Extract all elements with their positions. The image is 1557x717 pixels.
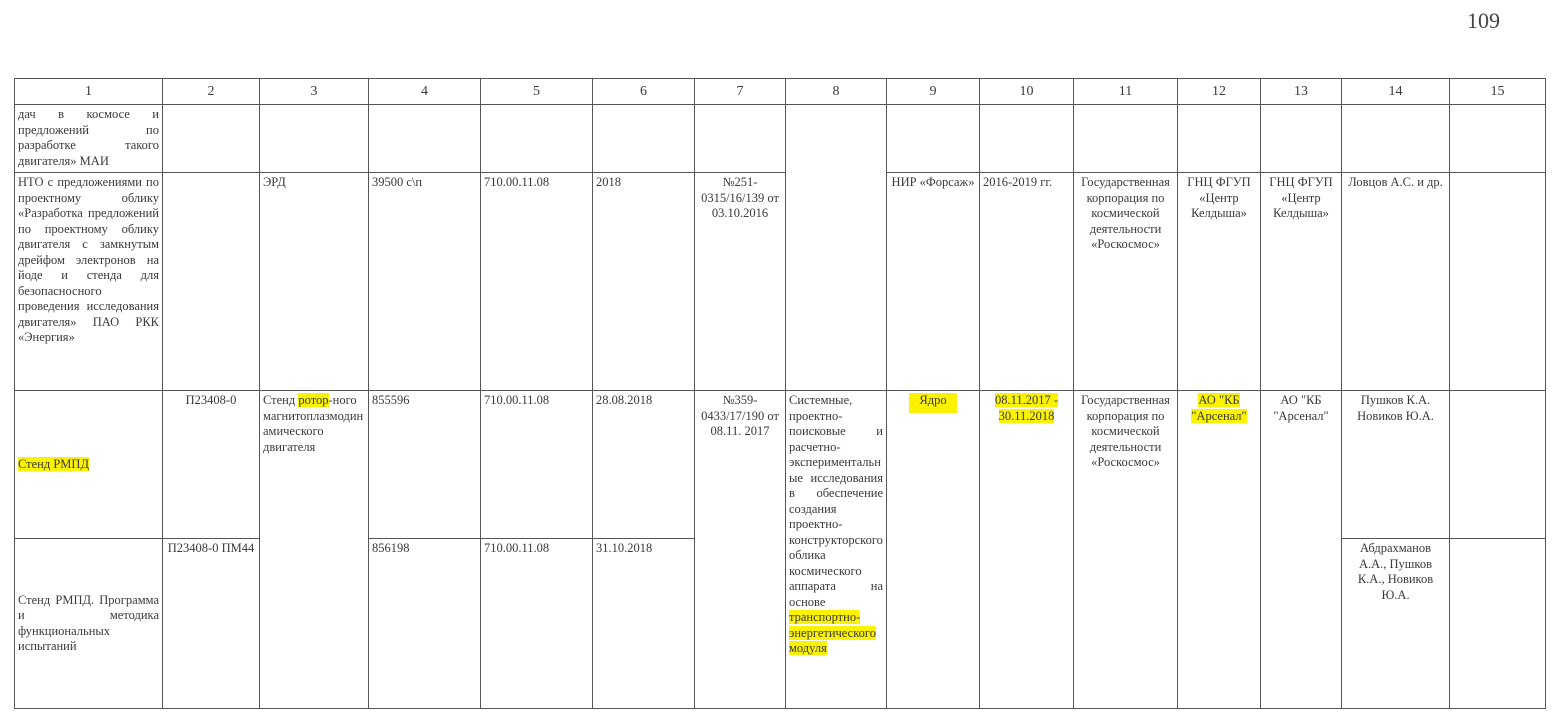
cell-holder: ГНЦ ФГУП «Центр Келдыша» bbox=[1261, 173, 1342, 391]
col-header: 15 bbox=[1450, 79, 1546, 105]
cell-classifier: 710.00.11.08 bbox=[481, 391, 593, 539]
cell bbox=[369, 105, 481, 173]
col-header: 11 bbox=[1074, 79, 1178, 105]
col-header: 6 bbox=[593, 79, 695, 105]
cell-classifier: 710.00.11.08 bbox=[481, 173, 593, 391]
cell bbox=[786, 105, 887, 391]
highlighted-text: Ядро bbox=[909, 393, 956, 413]
cell-holder: АО "КБ "Арсенал" bbox=[1261, 391, 1342, 709]
cell-authors: Абдрахманов А.А., Пушков К.А., Новиков Ю… bbox=[1342, 539, 1450, 709]
cell-customer: Государственная корпорация по космическо… bbox=[1074, 391, 1178, 709]
col-header: 7 bbox=[695, 79, 786, 105]
cell bbox=[1261, 105, 1342, 173]
table-row: дач в космосе и предложений по разработк… bbox=[15, 105, 1546, 173]
cell-number: 856198 bbox=[369, 539, 481, 709]
cell-authors: Ловцов А.С. и др. bbox=[1342, 173, 1450, 391]
report-table: 1 2 3 4 5 6 7 8 9 10 11 12 13 14 15 дач … bbox=[14, 78, 1546, 709]
cell-product: Стенд ротор-ного магнитоплазмодинамическ… bbox=[260, 391, 369, 709]
cell-period: 08.11.2017 - 30.11.2018 bbox=[980, 391, 1074, 709]
cell bbox=[695, 105, 786, 173]
table-row: Стенд РМПД П23408-0 Стенд ротор-ного маг… bbox=[15, 391, 1546, 539]
col-header: 13 bbox=[1261, 79, 1342, 105]
highlighted-text: 08.11.2017 - 30.11.2018 bbox=[995, 393, 1058, 423]
cell bbox=[980, 105, 1074, 173]
cell-contract: №251-0315/16/139 от 03.10.2016 bbox=[695, 173, 786, 391]
cell-description: Системные, проектно-поисковые и расчетно… bbox=[786, 391, 887, 709]
cell-date: 31.10.2018 bbox=[593, 539, 695, 709]
cell-customer: Государственная корпорация по космическо… bbox=[1074, 173, 1178, 391]
cell-title: Стенд РМПД bbox=[15, 391, 163, 539]
cell-contract: №359-0433/17/190 от 08.11. 2017 bbox=[695, 391, 786, 709]
page-number: 109 bbox=[1467, 8, 1500, 34]
cell-notes bbox=[1450, 539, 1546, 709]
cell bbox=[1450, 105, 1546, 173]
cell bbox=[593, 105, 695, 173]
col-header: 2 bbox=[163, 79, 260, 105]
cell-number: 39500 с\п bbox=[369, 173, 481, 391]
cell bbox=[1342, 105, 1450, 173]
cell-title: Стенд РМПД. Программа и методика функцио… bbox=[15, 539, 163, 709]
cell-product: ЭРД bbox=[260, 173, 369, 391]
highlighted-text: АО "КБ "Арсенал" bbox=[1191, 393, 1246, 423]
cell bbox=[260, 105, 369, 173]
cell bbox=[1074, 105, 1178, 173]
cell bbox=[163, 105, 260, 173]
col-header: 14 bbox=[1342, 79, 1450, 105]
col-header: 1 bbox=[15, 79, 163, 105]
cell-contractor: АО "КБ "Арсенал" bbox=[1178, 391, 1261, 709]
cell-period: 2016-2019 гг. bbox=[980, 173, 1074, 391]
highlighted-text: ротор bbox=[298, 393, 328, 407]
col-header: 12 bbox=[1178, 79, 1261, 105]
cell-date: 28.08.2018 bbox=[593, 391, 695, 539]
highlighted-text: Стенд РМПД bbox=[18, 457, 89, 471]
cell bbox=[1178, 105, 1261, 173]
cell-title: дач в космосе и предложений по разработк… bbox=[15, 105, 163, 173]
cell-code: П23408-0 ПМ44 bbox=[163, 539, 260, 709]
cell-number: 855596 bbox=[369, 391, 481, 539]
cell-work: Ядро bbox=[887, 391, 980, 709]
col-header: 9 bbox=[887, 79, 980, 105]
column-number-row: 1 2 3 4 5 6 7 8 9 10 11 12 13 14 15 bbox=[15, 79, 1546, 105]
cell-work: НИР «Форсаж» bbox=[887, 173, 980, 391]
cell-code bbox=[163, 173, 260, 391]
table-row: НТО с предложениями по проектному облику… bbox=[15, 173, 1546, 391]
col-header: 3 bbox=[260, 79, 369, 105]
cell bbox=[481, 105, 593, 173]
col-header: 8 bbox=[786, 79, 887, 105]
col-header: 5 bbox=[481, 79, 593, 105]
col-header: 4 bbox=[369, 79, 481, 105]
col-header: 10 bbox=[980, 79, 1074, 105]
highlighted-text: транспортно-энергетического модуля bbox=[789, 610, 876, 655]
cell-contractor: ГНЦ ФГУП «Центр Келдыша» bbox=[1178, 173, 1261, 391]
cell-code: П23408-0 bbox=[163, 391, 260, 539]
cell-title: НТО с предложениями по проектному облику… bbox=[15, 173, 163, 391]
cell-authors: Пушков К.А. Новиков Ю.А. bbox=[1342, 391, 1450, 539]
cell-classifier: 710.00.11.08 bbox=[481, 539, 593, 709]
cell-notes bbox=[1450, 173, 1546, 391]
cell-date: 2018 bbox=[593, 173, 695, 391]
cell bbox=[887, 105, 980, 173]
cell-notes bbox=[1450, 391, 1546, 539]
